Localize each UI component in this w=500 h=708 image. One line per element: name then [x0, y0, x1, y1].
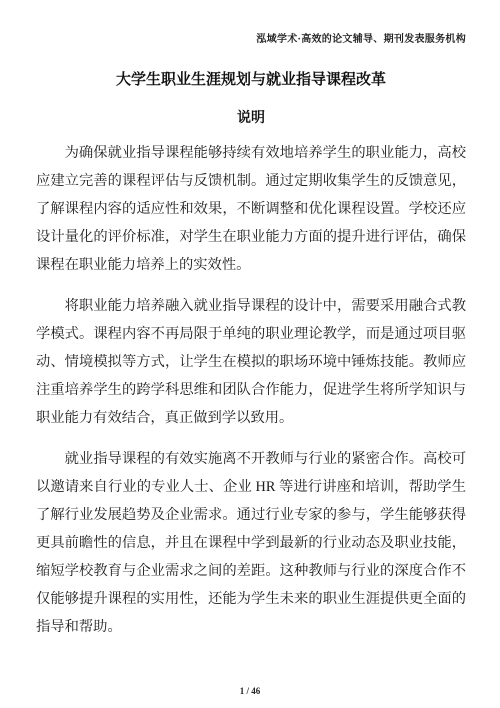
section-heading: 说明 [36, 107, 466, 127]
paragraph: 将职业能力培养融入就业指导课程的设计中，需要采用融合式教学模式。课程内容不再局限… [36, 292, 466, 432]
brand-text: 泓域学术·高效的论文辅导、期刊发表服务机构 [256, 34, 466, 45]
page-footer: 1 / 46 [0, 686, 500, 696]
page-header: 泓域学术·高效的论文辅导、期刊发表服务机构 [36, 30, 466, 44]
paragraph: 就业指导课程的有效实施离不开教师与行业的紧密合作。高校可以邀请来自行业的专业人士… [36, 445, 466, 641]
document-body: 为确保就业指导课程能够持续有效地培养学生的职业能力，高校应建立完善的课程评估与反… [36, 139, 466, 641]
page-number: 1 / 46 [240, 686, 261, 696]
document-page: 泓域学术·高效的论文辅导、期刊发表服务机构 大学生职业生涯规划与就业指导课程改革… [0, 0, 500, 708]
document-title: 大学生职业生涯规划与就业指导课程改革 [36, 68, 466, 89]
paragraph: 为确保就业指导课程能够持续有效地培养学生的职业能力，高校应建立完善的课程评估与反… [36, 139, 466, 279]
